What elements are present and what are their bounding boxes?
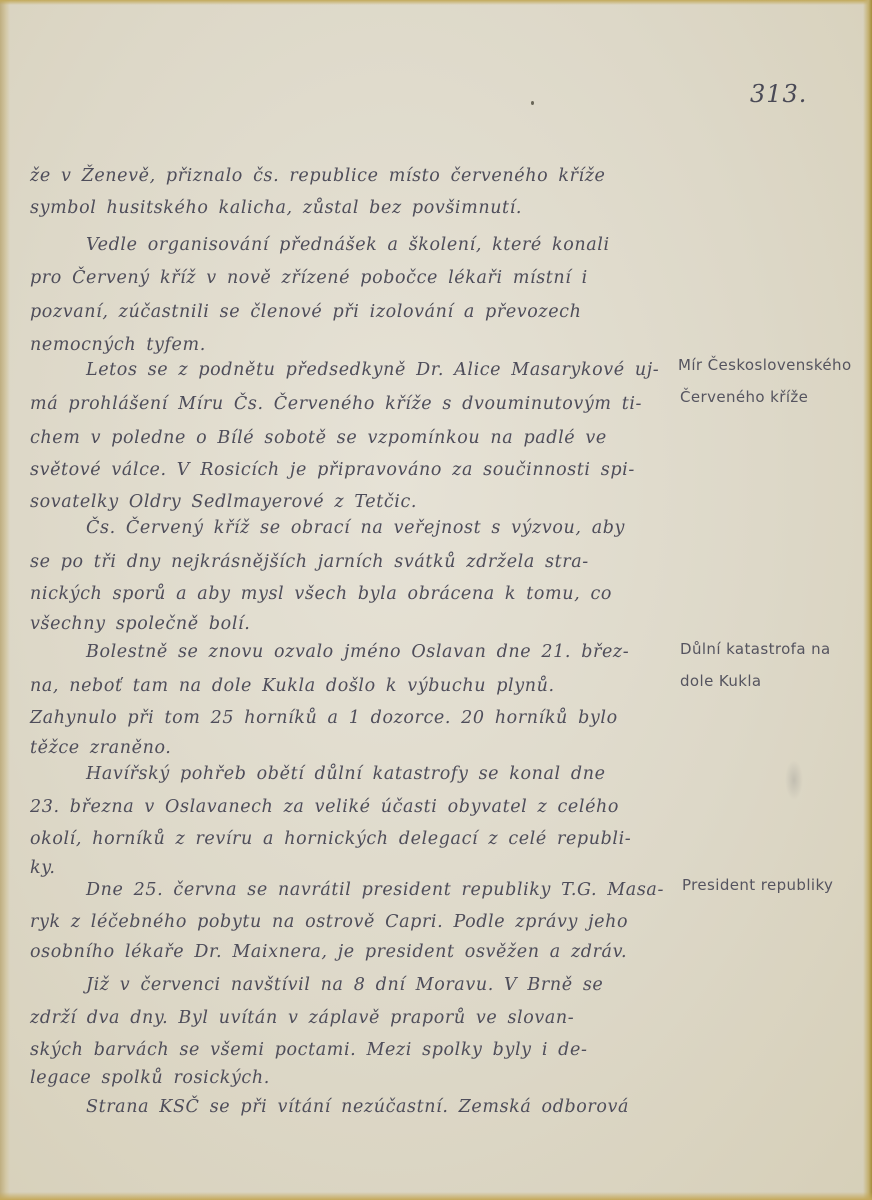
page-number: 313. <box>750 80 807 108</box>
text-line: světové válce. V Rosicích je připravován… <box>30 460 635 480</box>
margin-note-line: dole Kukla <box>680 672 762 690</box>
text-line: Bolestně se znovu ozvalo jméno Oslavan d… <box>86 642 629 662</box>
text-line: sovatelky Oldry Sedlmayerové z Tetčic. <box>30 492 417 512</box>
page-edge-top <box>0 0 872 5</box>
text-line: Strana KSČ se při vítání nezúčastní. Zem… <box>86 1097 629 1117</box>
text-line: Letos se z podnětu předsedkyně Dr. Alice… <box>86 360 659 380</box>
text-line: Vedle organisování přednášek a školení, … <box>86 235 610 255</box>
ink-dot <box>531 101 534 105</box>
text-line: ryk z léčebného pobytu na ostrově Capri.… <box>30 912 628 932</box>
text-line: ských barvách se všemi poctami. Mezi spo… <box>30 1040 587 1060</box>
text-line: 23. března v Oslavanech za veliké účasti… <box>30 797 619 817</box>
text-line: Již v červenci navštívil na 8 dní Moravu… <box>86 975 603 995</box>
text-line: má prohlášení Míru Čs. Červeného kříže s… <box>30 394 642 414</box>
text-line: Havířský pohřeb obětí důlní katastrofy s… <box>86 764 606 784</box>
text-line: legace spolků rosických. <box>30 1068 270 1088</box>
text-line: Zahynulo při tom 25 horníků a 1 dozorce.… <box>30 708 618 728</box>
text-line: okolí, horníků z revíru a hornických del… <box>30 829 631 849</box>
text-line: se po tři dny nejkrásnějších jarních svá… <box>30 552 589 572</box>
text-line: všechny společně bolí. <box>30 614 250 634</box>
page-edge-left <box>0 0 10 1200</box>
text-line: symbol husitského kalicha, zůstal bez po… <box>30 198 522 218</box>
text-line: ky. <box>30 858 56 878</box>
text-line: osobního lékaře Dr. Maixnera, je preside… <box>30 942 627 962</box>
text-line: pro Červený kříž v nově zřízené pobočce … <box>30 268 588 288</box>
page-edge-bottom <box>0 1192 872 1200</box>
margin-note-line: Mír Československého <box>678 356 852 374</box>
text-line: nemocných tyfem. <box>30 335 206 355</box>
text-line: že v Ženevě, přiznalo čs. republice míst… <box>30 166 606 186</box>
text-line: nických sporů a aby mysl všech byla obrá… <box>30 584 612 604</box>
text-line: pozvaní, zúčastnili se členové při izolo… <box>30 302 581 322</box>
manuscript-page: 313. že v Ženevě, přiznalo čs. republice… <box>0 0 872 1200</box>
text-line: chem v poledne o Bílé sobotě se vzpomínk… <box>30 428 607 448</box>
margin-note-line: Červeného kříže <box>680 388 808 406</box>
margin-note-line: President republiky <box>682 876 833 894</box>
ink-smudge <box>785 760 803 800</box>
text-line: zdrží dva dny. Byl uvítán v záplavě prap… <box>30 1008 574 1028</box>
page-edge-right <box>863 0 872 1200</box>
text-line: těžce zraněno. <box>30 738 171 758</box>
text-line: Čs. Červený kříž se obrací na veřejnost … <box>86 518 625 538</box>
text-line: na, neboť tam na dole Kukla došlo k výbu… <box>30 676 555 696</box>
text-line: Dne 25. června se navrátil president rep… <box>86 880 664 900</box>
margin-note-line: Důlní katastrofa na <box>680 640 831 658</box>
